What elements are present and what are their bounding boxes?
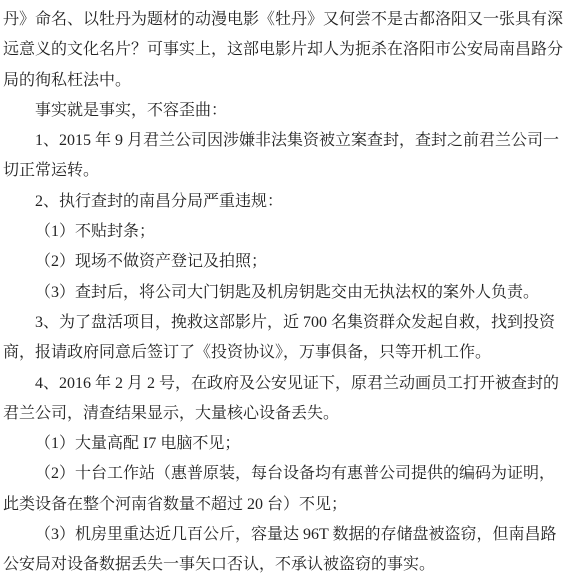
paragraph: 4、2016 年 2 月 2 号，在政府及公安见证下，原君兰动画员工打开被查封的… <box>3 369 568 430</box>
paragraph: （3）机房里重达近几百公斤，容量达 96T 数据的存储盘被盗窃，但南昌路公安局对… <box>3 520 568 581</box>
paragraph: 事实就是事实，不容歪曲： <box>3 96 568 126</box>
paragraph: （1）不贴封条； <box>3 217 568 247</box>
paragraph: （1）大量高配 I7 电脑不见； <box>3 429 568 459</box>
document-page: 丹》命名、以牡丹为题材的动漫电影《牡丹》又何尝不是古都洛阳又一张具有深远意义的文… <box>0 0 572 583</box>
paragraph: （2）十台工作站（惠普原装，每台设备均有惠普公司提供的编码为证明，此类设备在整个… <box>3 459 568 520</box>
document-body: 丹》命名、以牡丹为题材的动漫电影《牡丹》又何尝不是古都洛阳又一张具有深远意义的文… <box>0 0 572 581</box>
paragraph: 2、执行查封的南昌分局严重违规： <box>3 187 568 217</box>
paragraph: （2）现场不做资产登记及拍照； <box>3 247 568 277</box>
paragraph: （3）查封后，将公司大门钥匙及机房钥匙交由无执法权的案外人负责。 <box>3 278 568 308</box>
paragraph: 3、为了盘活项目，挽救这部影片，近 700 名集资群众发起自救，找到投资商，报请… <box>3 308 568 369</box>
paragraph: 丹》命名、以牡丹为题材的动漫电影《牡丹》又何尝不是古都洛阳又一张具有深远意义的文… <box>3 5 568 96</box>
paragraph: 1、2015 年 9 月君兰公司因涉嫌非法集资被立案查封，查封之前君兰公司一切正… <box>3 126 568 187</box>
